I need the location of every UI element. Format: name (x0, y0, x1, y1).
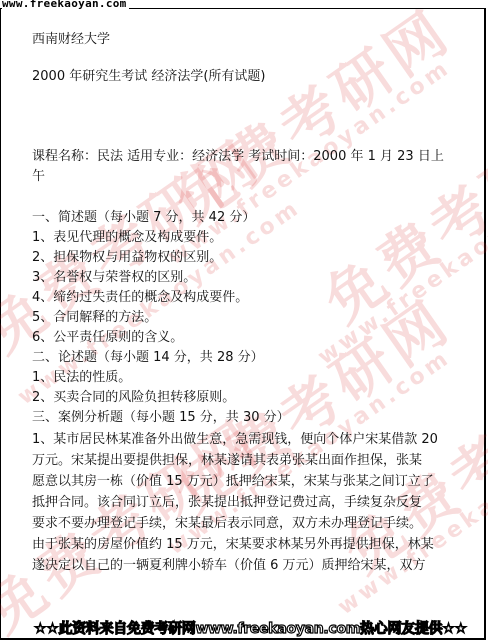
source-footer-banner: ☆☆此资料来自免费考研网www.freekaoyan.com热心网友提供☆☆ (34, 618, 467, 638)
university-name: 西南财经大学 (32, 30, 110, 50)
question-item: 5、合同解释的方法。 (32, 308, 157, 328)
course-info-cont: 午 (32, 167, 45, 187)
section-heading: 一、简述题（每小题 7 分，共 42 分） (32, 208, 255, 228)
case-text-line: 由于张某的房屋价值约 15 万元，宋某要求林某另外再提供担保，林某 (32, 535, 434, 555)
case-text-line: 1、某市居民林某准备外出做生意，急需现钱，便向个体户宋某借款 20 (32, 430, 438, 450)
question-item: 2、担保物权与用益物权的区别。 (32, 248, 222, 268)
case-text-line: 抵押合同。该合同订立后，张某提出抵押登记费过高，手续复杂反复 (32, 493, 422, 513)
section-heading: 二、论述题（每小题 14 分，共 28 分） (32, 348, 264, 368)
question-item: 2、买卖合同的风险负担转移原则。 (32, 388, 235, 408)
exam-title: 2000 年研究生考试 经济法学(所有试题) (32, 67, 266, 87)
case-text-line: 万元。宋某提出要提供担保，林某遂请其表弟张某出面作担保，张某 (32, 451, 422, 471)
section-heading: 三、案例分析题（每小题 15 分，共 30 分） (32, 408, 290, 428)
question-item: 1、民法的性质。 (32, 368, 131, 388)
case-text-line: 愿意以其房一栋（价值 15 万元）抵押给宋某，宋某与张某之间订立了 (32, 472, 434, 492)
site-url-header: www.freekaoyan.com (2, 0, 129, 10)
case-text-line: 遂决定以自己的一辆夏利牌小轿车（价值 6 万元）质押给宋某，双方 (32, 556, 426, 576)
question-item: 1、表见代理的概念及构成要件。 (32, 228, 222, 248)
question-item: 4、缔约过失责任的概念及构成要件。 (32, 288, 248, 308)
case-text-line: 要求不要办理登记手续，宋某最后表示同意，双方未办理登记手续。 (32, 514, 422, 534)
course-info: 课程名称：民法 适用专业：经济法学 考试时间：2000 年 1 月 23 日上 (32, 147, 444, 167)
question-item: 3、名誉权与荣誉权的区别。 (32, 268, 196, 288)
question-item: 6、公平责任原则的含义。 (32, 328, 183, 348)
